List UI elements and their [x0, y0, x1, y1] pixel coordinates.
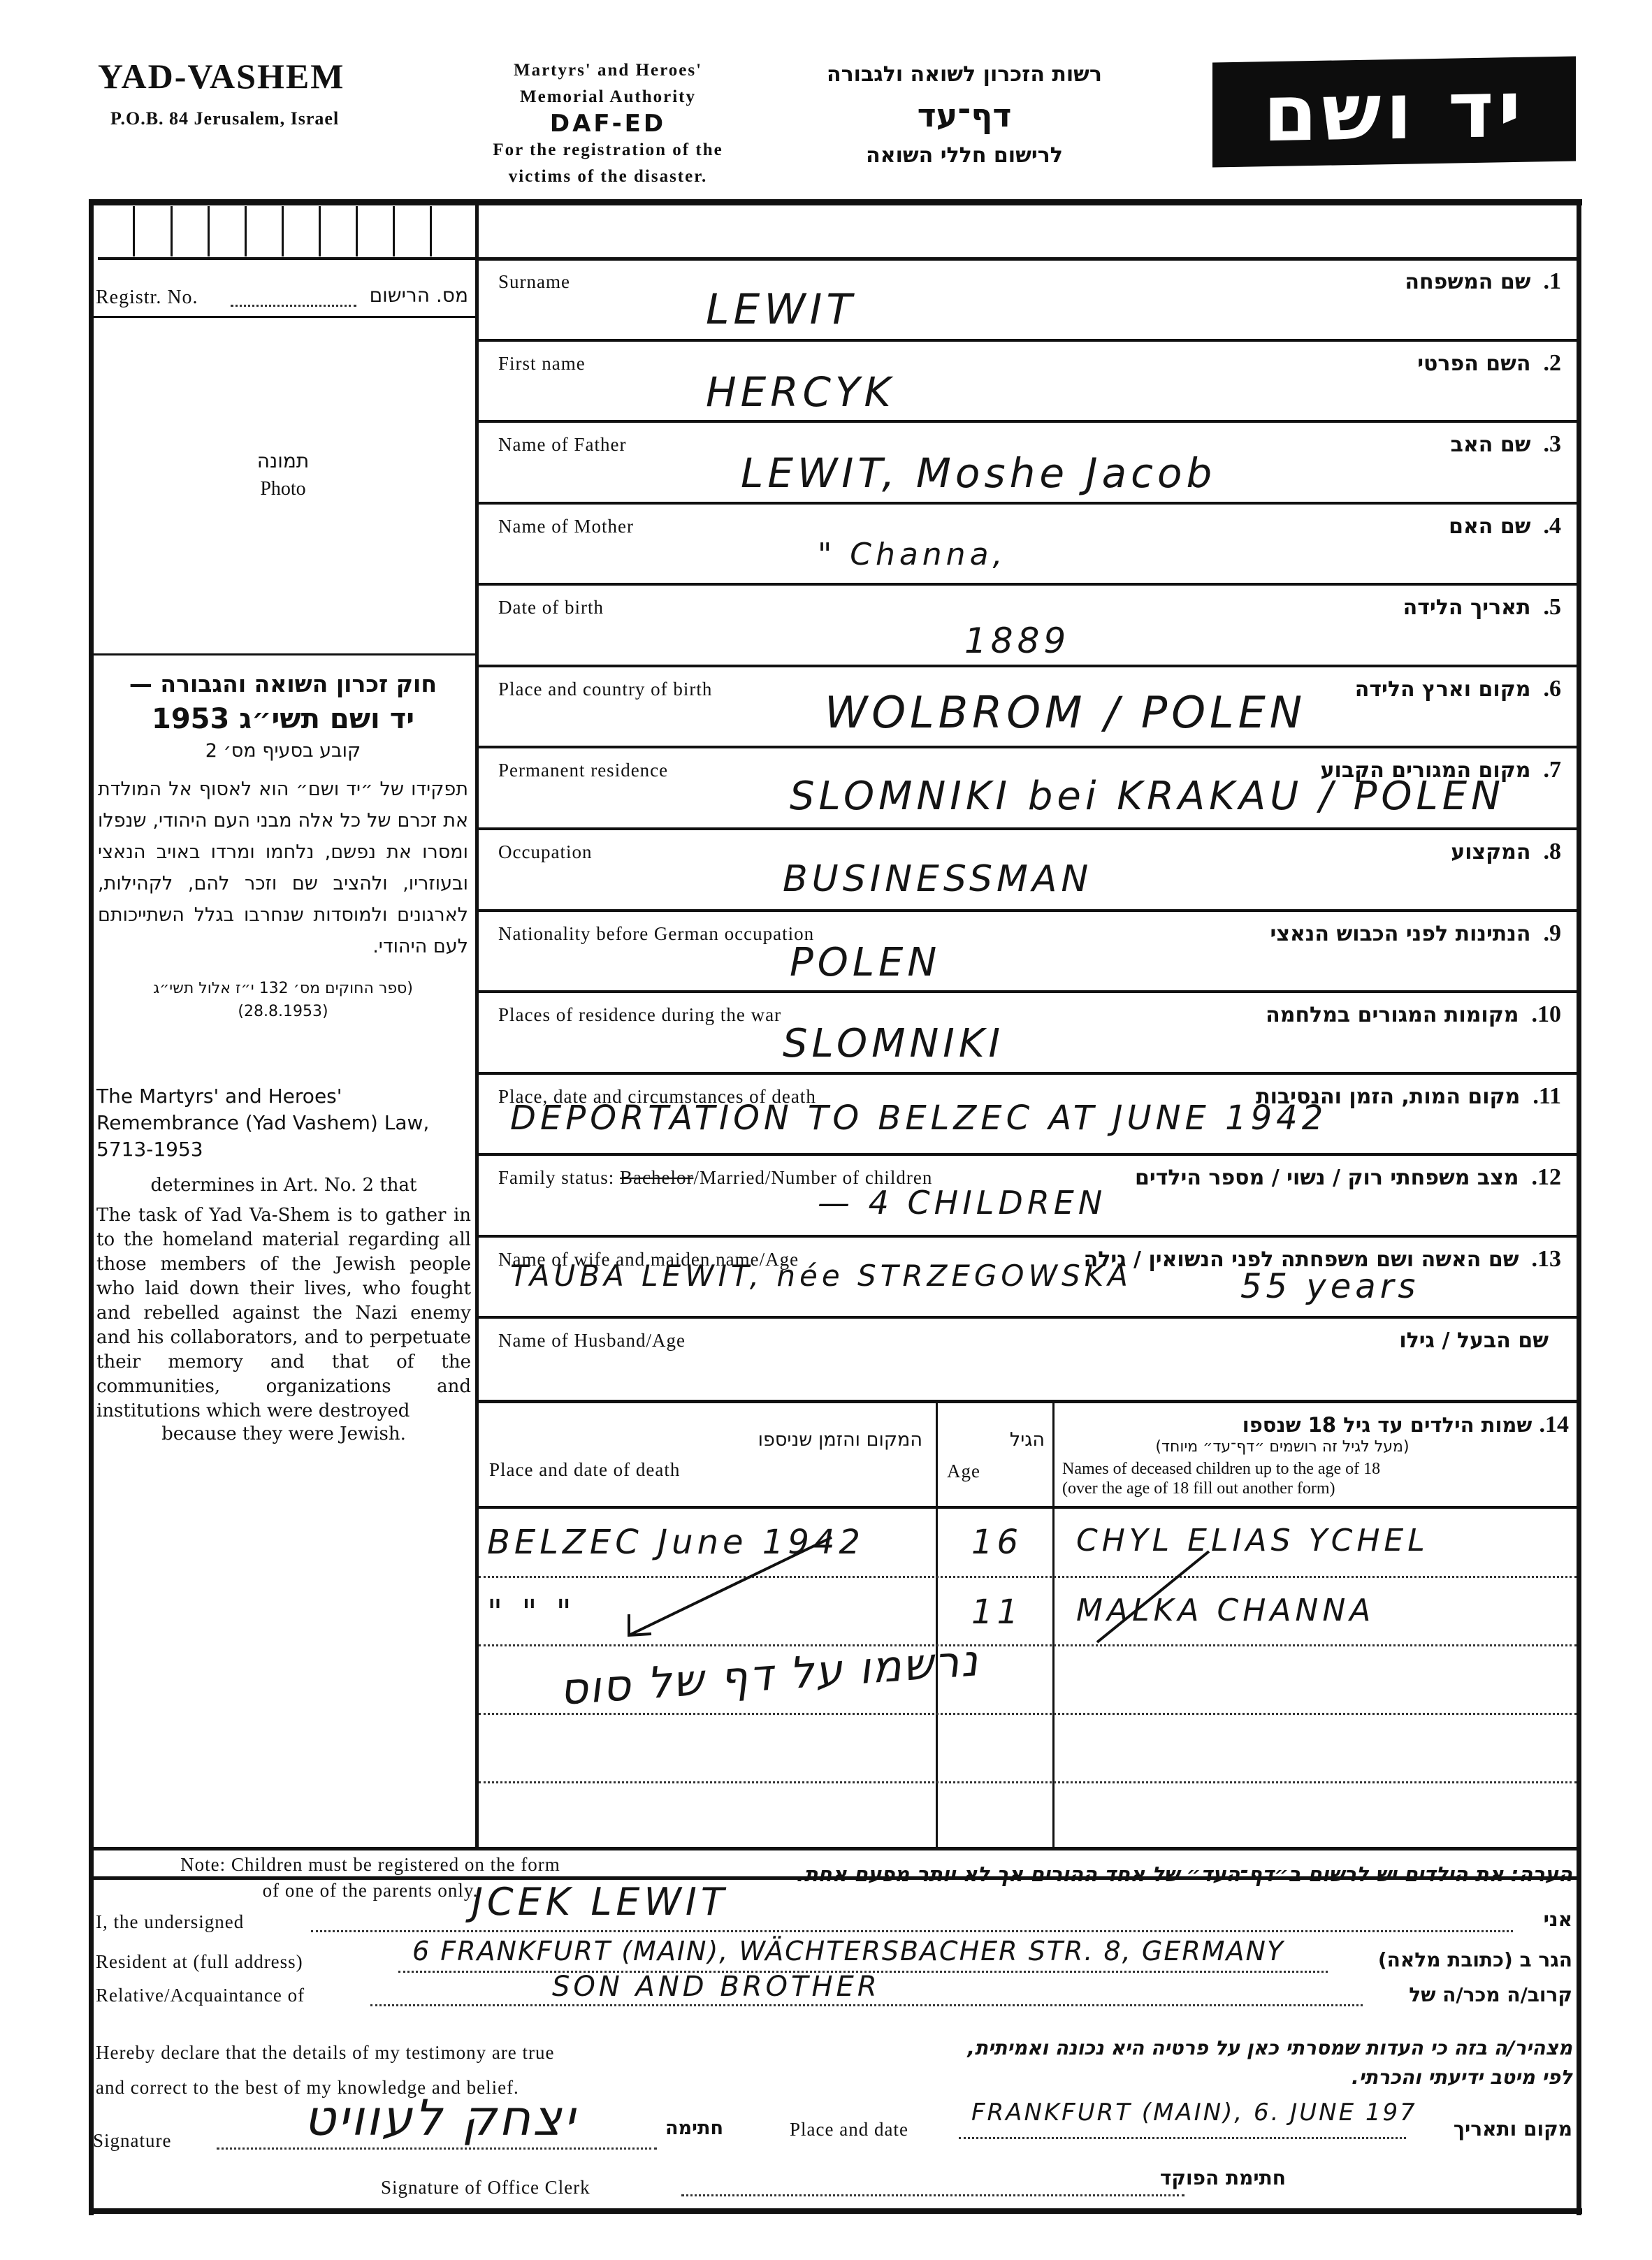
purpose-line1: For the registration of the: [447, 137, 769, 164]
registration-label: Registr. No.: [96, 287, 198, 309]
field-label-prefix: Family status:: [498, 1167, 620, 1188]
registration-bottom-line: [94, 316, 475, 318]
photo-area[interactable]: תמונה Photo: [89, 447, 477, 503]
relative-value[interactable]: SON AND BROTHER: [552, 1971, 881, 2003]
field-label-he: 1.שם המשפחה: [932, 268, 1561, 295]
form-field-row: Occupation8.המקצועBUSINESSMAN: [479, 829, 1577, 911]
photo-label-he: תמונה: [89, 447, 477, 475]
form-field-row: Name of Husband/Ageשם הבעל / גילו: [479, 1317, 1577, 1400]
hebrew-law-title1: חוק זכרון השואה והגבורה —: [98, 667, 468, 701]
authority-block: Martyrs' and Heroes' Memorial Authority …: [447, 57, 769, 190]
row-divider: [479, 1072, 1577, 1075]
field-label: Name of Mother: [498, 516, 634, 537]
form-field-row: Permanent residence7.מקום המגורים הקבועS…: [479, 747, 1577, 829]
row-divider: [479, 909, 1577, 912]
row-divider: [479, 1316, 1577, 1319]
english-law-last-line: because they were Jewish.: [96, 1424, 471, 1444]
hebrew-law-title3: קובע בסעיף מס׳ 2: [98, 737, 468, 765]
children-table-top-line: [479, 1400, 1578, 1403]
child-place-date[interactable]: " " ": [487, 1593, 576, 1632]
field-value[interactable]: — 4 CHILDREN: [818, 1184, 1106, 1222]
field-label-he: 5.תאריך הלידה: [932, 594, 1561, 621]
field-value[interactable]: LEWIT: [706, 285, 856, 334]
field-value[interactable]: 1889: [964, 621, 1070, 661]
field-number: 1.: [1544, 268, 1562, 294]
box-divider: [133, 206, 135, 256]
field-value[interactable]: SLOMNIKI: [783, 1021, 1004, 1066]
form-field-row: Name of Father3.שם האבLEWIT, Moshe Jacob: [479, 421, 1577, 503]
org-name: YAD-VASHEM: [98, 56, 345, 96]
form-field-row: Name of wife and maiden name/Age13.שם הא…: [479, 1236, 1577, 1317]
registration-label-he: מס. הרישום: [356, 284, 468, 307]
box-divider: [319, 206, 321, 256]
form-field-row: Family status: Bachelor/Married/Number o…: [479, 1154, 1577, 1236]
field-label-he-text: מצב משפחתי רוק / נשוי / מספר הילדים: [1135, 1166, 1519, 1190]
clerk-signature-field-line[interactable]: [681, 2194, 1184, 2196]
box-divider: [430, 206, 432, 256]
child-row: [479, 1714, 1577, 1783]
box-divider: [171, 206, 173, 256]
field-label-he-text: שם האב: [1451, 433, 1531, 457]
clerk-signature-label-he: חתימת הפוקד: [1118, 2166, 1286, 2189]
field-number: 12.: [1532, 1164, 1562, 1190]
form-field-row: First name2.השם הפרטיHERCYK: [479, 340, 1577, 421]
form-field-row: Nationality before German occupation9.הנ…: [479, 911, 1577, 992]
purpose-line2: victims of the disaster.: [447, 164, 769, 190]
field-value[interactable]: DEPORTATION TO BELZEC AT JUNE 1942: [510, 1099, 1327, 1138]
authority-line2: Memorial Authority: [447, 84, 769, 110]
field-label-he-text: מקומות המגורים במלחמה: [1266, 1003, 1519, 1027]
authority-line1: Martyrs' and Heroes': [447, 57, 769, 84]
signature-value[interactable]: יצחק לעוויט: [231, 2089, 650, 2147]
field-label-he-text: השם הפרטי: [1417, 352, 1530, 376]
form-top-border: [89, 199, 1582, 205]
undersigned-field-line[interactable]: [311, 1930, 1513, 1932]
relative-label-he: קרוב/ה מכר/ה של: [1363, 1983, 1572, 2006]
field-label-he: 10.מקומות המגורים במלחמה: [932, 1001, 1561, 1028]
field-label: Name of Husband/Age: [498, 1330, 686, 1352]
place-date-field-line[interactable]: [959, 2137, 1406, 2139]
field-label-he: שם הבעל / גילו: [932, 1327, 1561, 1354]
english-law-text: The Martyrs' and Heroes' Remembrance (Ya…: [96, 1083, 471, 1444]
signature-label: Signature: [93, 2130, 171, 2152]
field-label-he-text: מקום וארץ הלידה: [1355, 677, 1531, 702]
declaration-hebrew: מצהיר/ה בזה כי העדות שמסרתי כאן על פרטיה…: [790, 2034, 1572, 2092]
field-value[interactable]: SLOMNIKI bei KRAKAU / POLEN: [790, 774, 1505, 819]
field-number: 2.: [1544, 350, 1562, 376]
children-place-header: Place and date of death: [489, 1459, 680, 1481]
form-field-row: Place, date and circumstances of death11…: [479, 1073, 1577, 1154]
form-right-border: [1577, 199, 1581, 2215]
field-label: Nationality before German occupation: [498, 923, 814, 945]
field-number: 13.: [1532, 1246, 1562, 1272]
field-number: 8.: [1544, 839, 1562, 864]
row-divider: [479, 420, 1577, 423]
field-number: 7.: [1544, 757, 1562, 783]
field-label-he-text: שם המשפחה: [1405, 270, 1530, 294]
form-bottom-border: [89, 2208, 1582, 2214]
form-field-row: Name of Mother4.שם האם" Channa,: [479, 503, 1577, 584]
field-value[interactable]: " Channa,: [818, 537, 1007, 572]
arrow-icon: [615, 1530, 846, 1642]
children-table-bottom-line: [94, 1847, 1578, 1850]
box-divider: [393, 206, 395, 256]
relative-label: Relative/Acquaintance of: [96, 1985, 305, 2006]
field-number: 5.: [1544, 594, 1562, 620]
child-age[interactable]: 11: [971, 1593, 1022, 1632]
field-label: Place and country of birth: [498, 679, 712, 700]
relative-field-line[interactable]: [370, 2004, 1363, 2006]
field-label: First name: [498, 353, 586, 375]
children-names-header-line1: Names of deceased children up to the age…: [1062, 1459, 1380, 1479]
hebrew-law-text: חוק זכרון השואה והגבורה — יד ושם תשי״ג 1…: [98, 667, 468, 1020]
field-number: 4.: [1544, 513, 1562, 539]
boxes-bottom-line: [98, 257, 475, 260]
undersigned-label: I, the undersigned: [96, 1911, 244, 1933]
field-value[interactable]: TAUBA LEWIT, née STRZEGOWSKA: [510, 1259, 1132, 1293]
note-line1: Note: Children must be registered on the…: [105, 1852, 636, 1878]
box-divider: [356, 206, 358, 256]
field-value-age[interactable]: 55 years: [1240, 1267, 1419, 1306]
yad-vashem-logo: יד ושם: [1212, 56, 1576, 167]
row-divider: [479, 827, 1577, 830]
hebrew-law-title2: יד ושם תשי״ג 1953: [98, 701, 468, 737]
field-label-he-text: שם האם: [1449, 514, 1530, 539]
field-label-he: 2.השם הפרטי: [932, 350, 1561, 377]
children-names-header-he-text: שמות הילדים עד גיל 18 שנספו: [1242, 1413, 1533, 1437]
field-number: 14.: [1539, 1412, 1570, 1437]
child-row-line: [479, 1781, 1577, 1783]
field-label: Places of residence during the war: [498, 1004, 781, 1026]
children-age-header-he: הגיל: [940, 1429, 1045, 1451]
note-hebrew: הערה: את הילדים יש לרשום ב״דף־העד״ של אח…: [650, 1862, 1572, 1886]
hebrew-purpose: לרישום חללי השואה: [790, 136, 1139, 176]
form-field-row: Surname1.שם המשפחהLEWIT: [479, 259, 1577, 340]
children-names-header-line2: (over the age of 18 fill out another for…: [1062, 1479, 1380, 1498]
field-label-he: 4.שם האם: [932, 513, 1561, 539]
field-label: Permanent residence: [498, 760, 668, 781]
photo-label: Photo: [89, 475, 477, 503]
hebrew-law-body: תפקידו של ״יד ושם״ הוא לאסוף אל המולדת א…: [98, 774, 468, 962]
child-age[interactable]: 16: [971, 1523, 1022, 1562]
english-law-title: The Martyrs' and Heroes' Remembrance (Ya…: [96, 1083, 471, 1163]
field-number: 3.: [1544, 431, 1562, 457]
field-number: 9.: [1544, 920, 1562, 946]
english-law-body: The task of Yad Va-Shem is to gather in …: [96, 1203, 471, 1424]
resident-label-he: הגר ב (כתובת מלאה): [1328, 1948, 1572, 1971]
field-number: 10.: [1532, 1001, 1562, 1027]
children-names-header-he2: (מעל לגיל זה רושמים ״דף־עד״ מיוחד): [1059, 1438, 1506, 1456]
org-address: P.O.B. 84 Jerusalem, Israel: [110, 108, 339, 129]
form-field-row: Place and country of birth6.מקום וארץ הל…: [479, 666, 1577, 747]
place-date-value[interactable]: FRANKFURT (MAIN), 6. JUNE 197: [971, 2099, 1417, 2127]
english-law-determines: determines in Art. No. 2 that: [96, 1171, 471, 1199]
resident-label: Resident at (full address): [96, 1951, 303, 1973]
children-age-header: Age: [947, 1461, 980, 1482]
registration-number-field[interactable]: [231, 305, 356, 307]
box-divider: [208, 206, 210, 256]
signature-field-line[interactable]: [217, 2147, 657, 2150]
row-divider: [479, 990, 1577, 993]
row-divider: [479, 583, 1577, 586]
hebrew-law-reference-date: (28.8.1953): [98, 1003, 468, 1020]
field-label: Name of Father: [498, 434, 626, 456]
field-label: Occupation: [498, 841, 592, 863]
place-date-label-he: מקום ותאריך: [1419, 2117, 1572, 2141]
declaration-he-line2: לפי מיטב ידיעתי והכרתי.: [790, 2063, 1572, 2092]
field-label: Date of birth: [498, 597, 604, 618]
hebrew-form-name: דף־עד: [790, 95, 1139, 136]
form-field-row: Places of residence during the war10.מקו…: [479, 992, 1577, 1073]
declaration-line1: Hereby declare that the details of my te…: [96, 2035, 555, 2070]
note-bottom-line: [94, 1876, 1578, 1880]
children-names-header-he: 14. שמות הילדים עד גיל 18 שנספו: [1059, 1412, 1569, 1438]
field-label-he: 9.הנתינות לפני הכבוש הנאצי: [932, 920, 1561, 947]
row-divider: [479, 1153, 1577, 1156]
field-label-he-text: שם הבעל / גילו: [1399, 1328, 1549, 1353]
undersigned-value[interactable]: JCEK LEWIT: [472, 1880, 728, 1924]
field-label: Surname: [498, 271, 570, 293]
strike-line: [1090, 1548, 1216, 1646]
box-divider: [282, 206, 284, 256]
field-value[interactable]: HERCYK: [706, 368, 895, 416]
row-divider: [479, 339, 1577, 342]
form-name: DAF-ED: [447, 110, 769, 137]
row-divider: [479, 665, 1577, 667]
place-date-label: Place and date: [790, 2119, 908, 2141]
children-place-header-he: המקום והזמן שניספו: [489, 1429, 922, 1451]
photo-bottom-line: [94, 653, 475, 655]
clerk-signature-label: Signature of Office Clerk: [381, 2177, 590, 2199]
field-label-he-text: המקצוע: [1451, 840, 1530, 864]
resident-value[interactable]: 6 FRANKFURT (MAIN), WÄCHTERSBACHER STR. …: [412, 1936, 1284, 1966]
field-value[interactable]: LEWIT, Moshe Jacob: [741, 449, 1216, 497]
box-divider: [245, 206, 247, 256]
form-field-row: Date of birth5.תאריך הלידה1889: [479, 584, 1577, 666]
signature-label-he: חתימה: [653, 2117, 723, 2139]
field-label-he-text: הנתינות לפני הכבוש הנאצי: [1270, 922, 1531, 946]
undersigned-label-he: אני: [1516, 1908, 1572, 1931]
field-label-struck: Bachelor: [620, 1167, 693, 1188]
children-names-header: Names of deceased children up to the age…: [1062, 1459, 1380, 1498]
field-value[interactable]: BUSINESSMAN: [783, 858, 1092, 900]
row-divider: [479, 502, 1577, 505]
hebrew-law-reference: (ספר החוקים מס׳ 132 י״ז אלול תשי״ג: [98, 975, 468, 1003]
field-label-he-text: תאריך הלידה: [1403, 595, 1531, 620]
declaration-he-line1: מצהיר/ה בזה כי העדות שמסרתי כאן על פרטיה…: [790, 2034, 1572, 2063]
field-number: 11.: [1533, 1083, 1561, 1109]
hebrew-authority: רשות הזכרון לשואה ולגבורה: [790, 55, 1139, 95]
field-value[interactable]: POLEN: [790, 940, 941, 985]
field-value[interactable]: WOLBROM / POLEN: [825, 687, 1306, 738]
field-number: 6.: [1544, 676, 1562, 702]
row-divider: [479, 1235, 1577, 1238]
row-divider: [479, 746, 1577, 748]
hebrew-authority-block: רשות הזכרון לשואה ולגבורה דף־עד לרישום ח…: [790, 55, 1139, 176]
